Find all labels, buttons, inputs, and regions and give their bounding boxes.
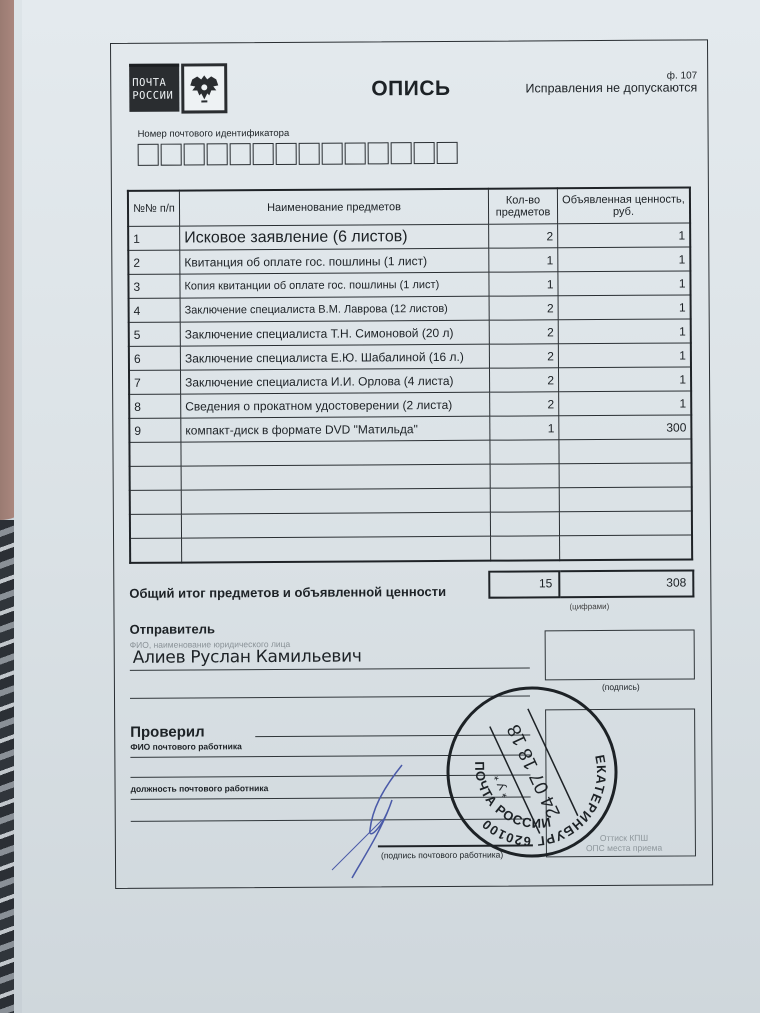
row-value: 1 <box>558 247 691 272</box>
logo-line-1: ПОЧТА <box>132 76 179 89</box>
empty-table-row <box>130 463 692 490</box>
identifier-box[interactable] <box>207 143 228 165</box>
row-name: Копия квитанции об оплате гос. пошлины (… <box>180 272 489 298</box>
total-cells: 15 308 <box>488 569 694 598</box>
row-number: 1 <box>128 226 180 250</box>
empty-cell[interactable] <box>130 514 182 538</box>
row-name: Исковое заявление (6 листов) <box>180 224 489 250</box>
table-row: 4Заключение специалиста В.М. Лаврова (12… <box>129 295 691 322</box>
table-header-row: №№ п/п Наименование предметов Кол-во пре… <box>128 187 690 226</box>
row-value: 1 <box>558 319 691 344</box>
empty-cell[interactable] <box>560 535 693 560</box>
row-number: 6 <box>129 346 181 370</box>
svg-text:24 07 18 18: 24 07 18 18 <box>504 721 565 821</box>
empty-cell[interactable] <box>559 487 692 512</box>
empty-cell[interactable] <box>130 538 182 563</box>
digits-note: (цифрами) <box>569 602 609 611</box>
row-name: Заключение специалиста И.И. Орлова (4 ли… <box>180 368 489 394</box>
column-header-qty: Кол-во предметов <box>488 188 557 224</box>
table-row: 7Заключение специалиста И.И. Орлова (4 л… <box>129 367 691 394</box>
logo-text-block: ПОЧТА РОССИИ <box>129 64 179 112</box>
identifier-box[interactable] <box>414 142 435 164</box>
identifier-box[interactable] <box>368 142 389 164</box>
no-corrections-note: Исправления не допускаются <box>525 80 697 95</box>
table-row: 9компакт-диск в формате DVD "Матильда"13… <box>129 415 691 442</box>
empty-cell[interactable] <box>490 512 559 536</box>
row-name: Сведения о прокатном удостоверении (2 ли… <box>181 392 490 418</box>
identifier-box[interactable] <box>161 144 182 166</box>
sender-title: Отправитель <box>130 621 215 637</box>
table-row: 2Квитанция об оплате гос. пошлины (1 лис… <box>128 247 690 274</box>
empty-table-row <box>130 511 692 538</box>
items-table: №№ п/п Наименование предметов Кол-во пре… <box>127 186 693 563</box>
row-name: Заключение специалиста Т.Н. Симоновой (2… <box>180 320 489 346</box>
identifier-box[interactable] <box>322 143 343 165</box>
total-label: Общий итог предметов и объявленной ценно… <box>129 584 446 601</box>
postal-worker-signature <box>322 760 412 880</box>
row-value: 1 <box>559 391 692 416</box>
identifier-boxes <box>138 142 458 166</box>
column-header-name: Наименование предметов <box>179 189 488 226</box>
total-value: 308 <box>560 569 694 598</box>
logo-line-2: РОССИИ <box>132 89 179 102</box>
checker-position-label: должность почтового работника <box>131 783 269 794</box>
identifier-box[interactable] <box>138 144 159 166</box>
empty-cell[interactable] <box>490 488 559 512</box>
row-qty: 2 <box>489 224 558 248</box>
double-headed-eagle-icon <box>181 63 227 113</box>
row-qty: 2 <box>489 344 558 368</box>
empty-cell[interactable] <box>130 490 182 514</box>
identifier-box[interactable] <box>276 143 297 165</box>
paper-sheet: ПОЧТА РОССИИ ОПИСЬ ф. 107 Исправления не… <box>22 0 760 1013</box>
row-qty: 2 <box>489 296 558 320</box>
identifier-box[interactable] <box>391 142 412 164</box>
table-row: 8Сведения о прокатном удостоверении (2 л… <box>129 391 691 418</box>
table-row: 6Заключение специалиста Е.Ю. Шабалиной (… <box>129 343 691 370</box>
identifier-box[interactable] <box>230 143 251 165</box>
empty-cell[interactable] <box>130 466 182 490</box>
empty-cell[interactable] <box>129 442 181 466</box>
sender-signature-box[interactable] <box>545 629 695 680</box>
checker-fio-label: ФИО почтового работника <box>130 741 242 752</box>
empty-cell[interactable] <box>182 536 491 562</box>
page-title: ОПИСЬ <box>371 77 450 101</box>
checker-title: Проверил <box>130 723 204 740</box>
identifier-box[interactable] <box>253 143 274 165</box>
empty-cell[interactable] <box>559 511 692 536</box>
empty-table-row <box>130 487 692 514</box>
row-number: 4 <box>129 298 181 322</box>
row-number: 2 <box>128 250 180 274</box>
empty-cell[interactable] <box>491 536 560 561</box>
empty-table-row <box>130 535 692 563</box>
total-qty: 15 <box>488 570 560 598</box>
empty-cell[interactable] <box>181 488 490 514</box>
empty-table-row <box>129 439 691 466</box>
sender-name-line <box>130 667 530 670</box>
empty-cell[interactable] <box>181 464 490 490</box>
identifier-label: Номер почтового идентификатора <box>138 128 290 140</box>
table-row: 5Заключение специалиста Т.Н. Симоновой (… <box>129 319 691 346</box>
row-qty: 2 <box>489 368 558 392</box>
row-value: 1 <box>558 367 691 392</box>
identifier-box[interactable] <box>184 143 205 165</box>
empty-cell[interactable] <box>559 439 692 464</box>
russian-post-logo: ПОЧТА РОССИИ <box>129 63 227 114</box>
column-header-value: Объявленная ценность, руб. <box>557 187 690 223</box>
identifier-box[interactable] <box>437 142 458 164</box>
row-number: 8 <box>129 394 181 418</box>
row-value: 1 <box>558 295 691 320</box>
sender-name-field[interactable]: Алиев Руслан Камильевич <box>133 646 362 667</box>
empty-cell[interactable] <box>490 464 559 488</box>
row-qty: 1 <box>489 248 558 272</box>
row-value: 1 <box>558 343 691 368</box>
row-number: 9 <box>129 418 181 442</box>
empty-cell[interactable] <box>181 512 490 538</box>
row-value: 1 <box>558 223 691 248</box>
row-number: 5 <box>129 322 181 346</box>
row-qty: 1 <box>489 272 558 296</box>
row-qty: 2 <box>489 320 558 344</box>
row-qty: 2 <box>490 392 559 416</box>
row-value: 300 <box>559 415 692 440</box>
row-name: Заключение специалиста Е.Ю. Шабалиной (1… <box>180 344 489 370</box>
row-name: компакт-диск в формате DVD "Матильда" <box>181 416 490 442</box>
row-qty: 1 <box>490 416 559 440</box>
column-header-number: №№ п/п <box>128 191 180 227</box>
row-number: 7 <box>129 370 181 394</box>
postmark-stamp-icon: ЕКАТЕРИНБУРГ 620100 ПОЧТА РОССИИ 24 07 1… <box>443 683 621 861</box>
table-row: 1Исковое заявление (6 листов)21 <box>128 223 690 250</box>
row-name: Квитанция об оплате гос. пошлины (1 лист… <box>180 248 489 274</box>
empty-cell[interactable] <box>559 463 692 488</box>
row-name: Заключение специалиста В.М. Лаврова (12 … <box>180 296 489 322</box>
empty-cell[interactable] <box>181 440 490 466</box>
empty-cell[interactable] <box>490 440 559 464</box>
row-number: 3 <box>128 274 180 298</box>
row-value: 1 <box>558 271 691 296</box>
identifier-box[interactable] <box>299 143 320 165</box>
table-row: 3Копия квитанции об оплате гос. пошлины … <box>128 271 690 298</box>
identifier-box[interactable] <box>345 142 366 164</box>
